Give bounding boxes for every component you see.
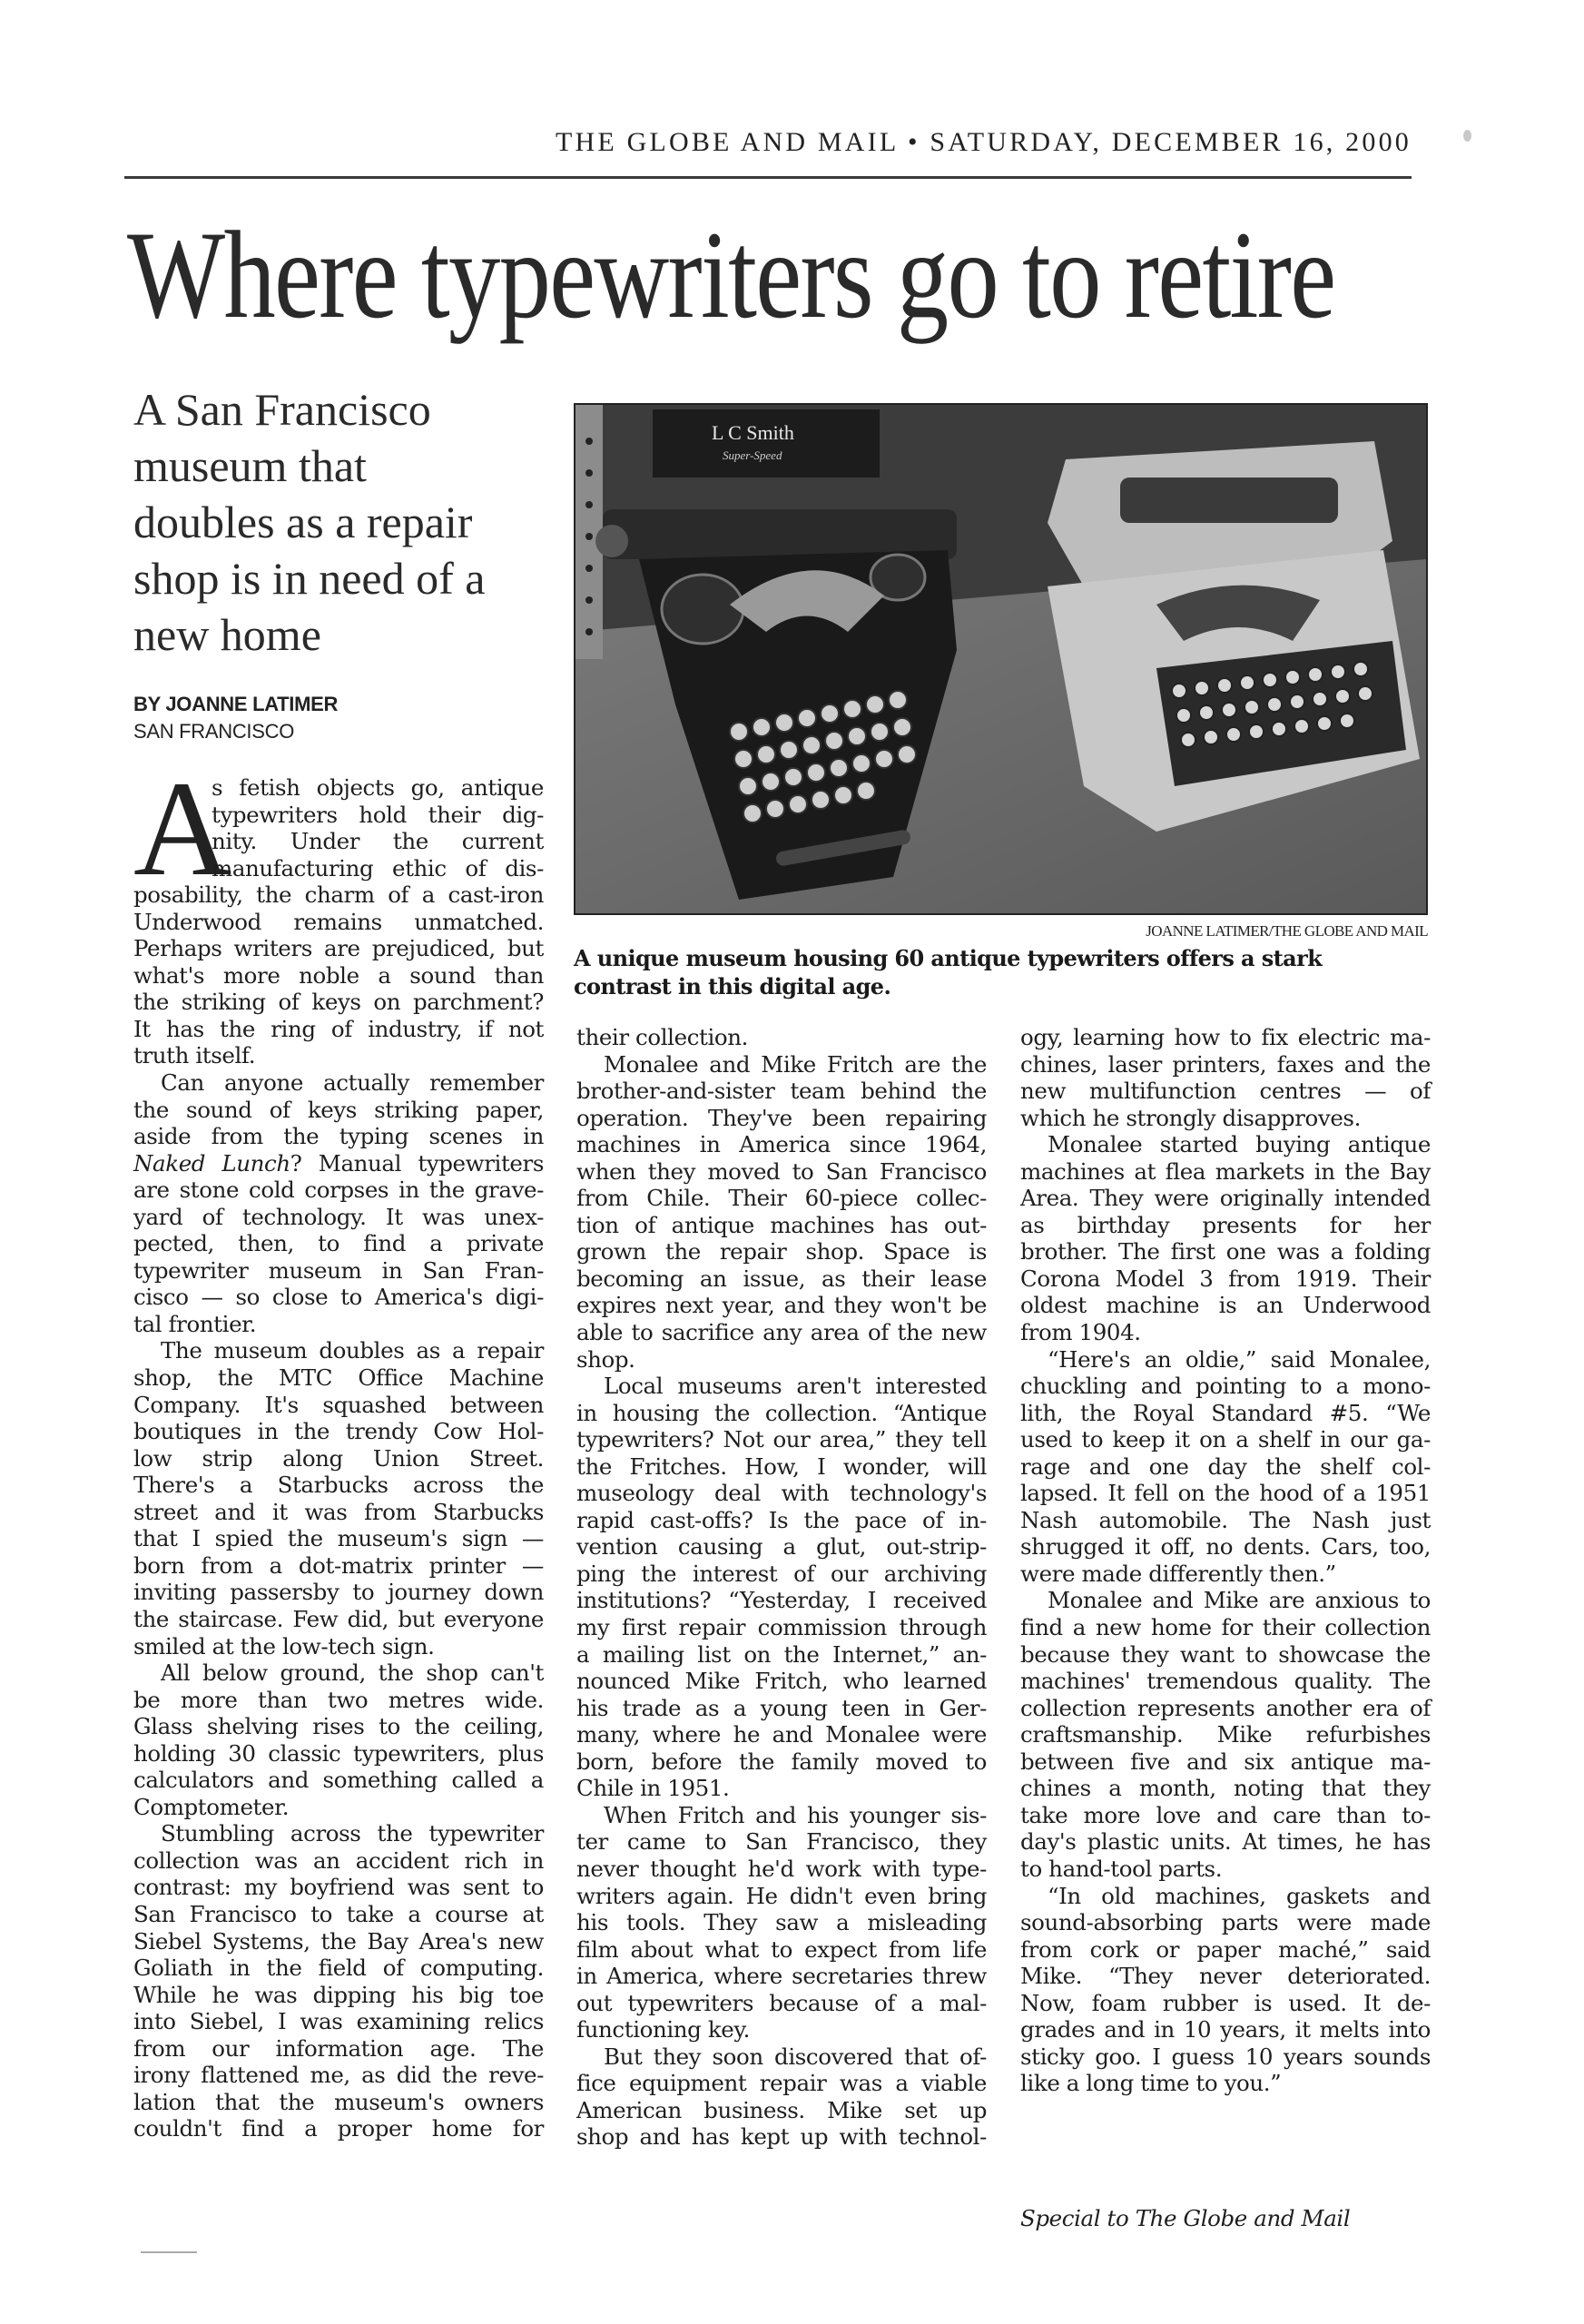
article-line: day's plastic units. At times, he has [1020,1828,1431,1856]
article-line: are stone cold corpses in the grave- [133,1177,544,1204]
article-line: the sound of keys striking paper, [133,1097,544,1124]
article-line: the striking of keys on parchment? [133,989,544,1016]
article-line: Monalee and Mike Fritch are the [576,1051,987,1078]
photo-credit: JOANNE LATIMER/THE GLOBE AND MAIL [574,922,1428,940]
article-line: American business. Mike set up [576,2097,987,2124]
article-line: functioning key. [576,2016,987,2043]
article-line: take more love and care than to- [1020,1802,1431,1829]
article-line: to hand-tool parts. [1020,1856,1431,1883]
scan-mark [141,2251,197,2253]
article-line: While he was dipping his big toe [133,1982,544,2009]
article-line: Now, foam rubber is used. It de- [1020,1990,1431,2017]
article-line: craftsmanship. Mike refurbishes [1020,1721,1431,1748]
article-line: Can anyone actually remember [133,1069,544,1097]
photo-caption: A unique museum housing 60 antique typew… [574,944,1354,1000]
article-line: in America, where secretaries threw [576,1963,987,1990]
article-line: calculators and something called a [133,1767,544,1794]
byline: BY JOANNE LATIMER [133,693,338,716]
deck-line: new home [133,606,533,663]
deck-line: doubles as a repair [133,494,533,550]
article-line: from Chile. Their 60-piece collec- [576,1185,987,1212]
article-line: as birthday presents for her [1020,1212,1431,1239]
typewriters-image-icon: L C Smith Super-Speed [576,405,1426,913]
article-line: collection represents another era of [1020,1695,1431,1722]
article-line: grades and in 10 years, it melts into [1020,2016,1431,2043]
article-line: s fetish objects go, antique [133,774,544,802]
article-line: low strip along Union Street. [133,1445,544,1472]
photo-label: L C Smith [712,421,794,444]
dateline: SAN FRANCISCO [133,720,294,743]
article-line: many, where he and Monalee were [576,1721,987,1748]
article-line: San Francisco to take a course at [133,1901,544,1928]
article-line: operation. They've been repairing [576,1105,987,1132]
article-line: what's more noble a sound than [133,962,544,990]
article-line: born, before the family moved to [576,1748,987,1776]
article-line: never thought he'd work with type- [576,1856,987,1883]
article-line: find a new home for their collection [1020,1614,1431,1641]
article-line: Glass shelving rises to the ceiling, [133,1713,544,1740]
article-line: because they want to showcase the [1020,1641,1431,1669]
article-line: Mike. “They never deteriorated. [1020,1963,1431,1990]
article-line: typewriters hold their dig- [133,802,544,829]
article-line: into Siebel, I was examining relics [133,2008,544,2035]
article-line: Company. It's squashed between [133,1392,544,1419]
article-line: Corona Model 3 from 1919. Their [1020,1265,1431,1293]
article-line: The museum doubles as a repair [133,1337,544,1364]
article-line: But they soon discovered that of- [576,2043,987,2071]
article-line: brother-and-sister team behind the [576,1078,987,1105]
article-line: ter came to San Francisco, they [576,1828,987,1856]
article-line: machines in America since 1964, [576,1131,987,1158]
article-line: street and it was from Starbucks [133,1499,544,1526]
article-line: tion of antique machines has out- [576,1212,987,1239]
article-line: Stumbling across the typewriter [133,1820,544,1847]
article-line: Area. They were originally intended [1020,1185,1431,1212]
signoff: Special to The Globe and Mail [1020,2205,1350,2231]
article-line: It has the ring of industry, if not [133,1016,544,1043]
article-line: All below ground, the shop can't [133,1659,544,1687]
article-line: machines' tremendous quality. The [1020,1668,1431,1695]
article-line: chines, laser printers, faxes and the [1020,1051,1431,1078]
article-line: When Fritch and his younger sis- [576,1802,987,1829]
article-line: Perhaps writers are prejudiced, but [133,935,544,962]
article-line: Chile in 1951. [576,1775,987,1802]
article-line: manufacturing ethic of dis- [133,855,544,882]
photo-sublabel: Super-Speed [723,448,782,462]
caption-line: contrast in this digital age. [574,972,1354,1000]
article-line: truth itself. [133,1042,544,1069]
article-line: ping the interest of our archiving [576,1561,987,1588]
article-line: in housing the collection. “Antique [576,1400,987,1427]
scan-speck [1463,130,1471,142]
deck-line: shop is in need of a [133,550,533,606]
article-line: typewriters? Not our area,” they tell [576,1426,987,1453]
article-line: fice equipment repair was a viable [576,2070,987,2097]
article-line: becoming an issue, as their lease [576,1265,987,1293]
article-column-1: s fetish objects go, antiquetypewriters … [133,774,544,2142]
article-line: Monalee and Mike are anxious to [1020,1587,1431,1614]
article-line: able to sacrifice any area of the new [576,1319,987,1346]
article-line: his tools. They saw a misleading [576,1909,987,1936]
article-line: “In old machines, gaskets and [1020,1883,1431,1910]
article-line: Comptometer. [133,1794,544,1821]
article-line: Nash automobile. The Nash just [1020,1507,1431,1534]
article-line: oldest machine is an Underwood [1020,1292,1431,1319]
typewriters-photo: L C Smith Super-Speed [574,403,1428,915]
article-line: the staircase. Few did, but everyone [133,1606,544,1633]
article-column-3: ogy, learning how to fix electric ma-chi… [1020,1024,1431,2097]
article-line: irony flattened me, as did the reve- [133,2062,544,2089]
article-line: “Here's an oldie,” said Monalee, [1020,1346,1431,1374]
article-line: from our information age. The [133,2035,544,2063]
article-line: rage and one day the shelf col- [1020,1453,1431,1481]
deck: A San Francisco museum that doubles as a… [133,381,533,663]
article-line: vention causing a glut, out-strip- [576,1533,987,1561]
article-line: sound-absorbing parts were made [1020,1909,1431,1936]
article-line: nounced Mike Fritch, who learned [576,1668,987,1695]
article-line: their collection. [576,1024,987,1051]
article-line: inviting passersby to journey down [133,1579,544,1606]
article-line: yard of technology. It was unex- [133,1204,544,1231]
article-line: my first repair commission through [576,1614,987,1641]
article-line: smiled at the low-tech sign. [133,1633,544,1660]
article-line: couldn't find a proper home for [133,2115,544,2142]
article-line: posability, the charm of a cast-iron [133,881,544,909]
article-line: the Fritches. How, I wonder, will [576,1453,987,1481]
article-line: Goliath in the field of computing. [133,1955,544,1982]
article-line: chines a month, noting that they [1020,1775,1431,1802]
article-line: There's a Starbucks across the [133,1472,544,1499]
deck-line: museum that [133,438,533,494]
article-line: holding 30 classic typewriters, plus [133,1740,544,1768]
article-line: shrugged it off, no dents. Cars, too, [1020,1533,1431,1561]
caption-line: A unique museum housing 60 antique typew… [574,944,1354,972]
article-line: like a long time to you.” [1020,2070,1431,2097]
article-line: from 1904. [1020,1319,1431,1346]
article-line: machines at flea markets in the Bay [1020,1158,1431,1186]
article-line: Siebel Systems, the Bay Area's new [133,1928,544,1955]
article-line: aside from the typing scenes in [133,1123,544,1150]
article-line: which he strongly disapproves. [1020,1105,1431,1132]
article-line: Monalee started buying antique [1020,1131,1431,1158]
article-line: rapid cast-offs? Is the pace of in- [576,1507,987,1534]
article-line: that I spied the museum's sign — [133,1525,544,1552]
article-line: Naked Lunch? Manual typewriters [133,1150,544,1177]
article-line: shop, the MTC Office Machine [133,1364,544,1392]
article-line: brother. The first one was a folding [1020,1238,1431,1265]
article-line: sticky goo. I guess 10 years sounds [1020,2043,1431,2071]
headline: Where typewriters go to retire [127,207,1334,343]
deck-line: A San Francisco [133,381,533,438]
article-line: a mailing list on the Internet,” an- [576,1641,987,1669]
article-line: chuckling and pointing to a mono- [1020,1373,1431,1400]
article-line: pected, then, to find a private [133,1230,544,1257]
article-line: expires next year, and they won't be [576,1292,987,1319]
article-line: typewriter museum in San Fran- [133,1257,544,1285]
article-line: lation that the museum's owners [133,2089,544,2116]
article-line: contrast: my boyfriend was sent to [133,1874,544,1901]
article-line: grown the repair shop. Space is [576,1238,987,1265]
article-line: when they moved to San Francisco [576,1158,987,1186]
article-line: collection was an accident rich in [133,1847,544,1875]
article-line: institutions? “Yesterday, I received [576,1587,987,1614]
article-line: film about what to expect from life [576,1936,987,1964]
article-line: were made differently then.” [1020,1561,1431,1588]
article-line: used to keep it on a shelf in our ga- [1020,1426,1431,1453]
article-line: from cork or paper maché,” said [1020,1936,1431,1964]
article-line: museology deal with technology's [576,1480,987,1507]
article-line: shop. [576,1346,987,1374]
masthead-rule [124,176,1412,179]
article-line: between five and six antique ma- [1020,1748,1431,1776]
article-line: Underwood remains unmatched. [133,909,544,936]
article-line: his trade as a young teen in Ger- [576,1695,987,1722]
article-line: cisco — so close to America's digi- [133,1284,544,1311]
article-line: Local museums aren't interested [576,1373,987,1400]
article-line: born from a dot-matrix printer — [133,1552,544,1580]
article-line: lapsed. It fell on the hood of a 1951 [1020,1480,1431,1507]
article-line: tal frontier. [133,1311,544,1338]
article-line: nity. Under the current [133,828,544,855]
article-line: out typewriters because of a mal- [576,1990,987,2017]
article-column-2: their collection.Monalee and Mike Fritch… [576,1024,987,2151]
article-line: boutiques in the trendy Cow Hol- [133,1418,544,1445]
article-line: be more than two metres wide. [133,1687,544,1714]
article-line: shop and has kept up with technol- [576,2123,987,2151]
masthead: THE GLOBE AND MAIL • SATURDAY, DECEMBER … [0,127,1412,158]
article-line: lith, the Royal Standard #5. “We [1020,1400,1431,1427]
article-line: ogy, learning how to fix electric ma- [1020,1024,1431,1051]
article-line: new multifunction centres — of [1020,1078,1431,1105]
article-line: writers again. He didn't even bring [576,1883,987,1910]
